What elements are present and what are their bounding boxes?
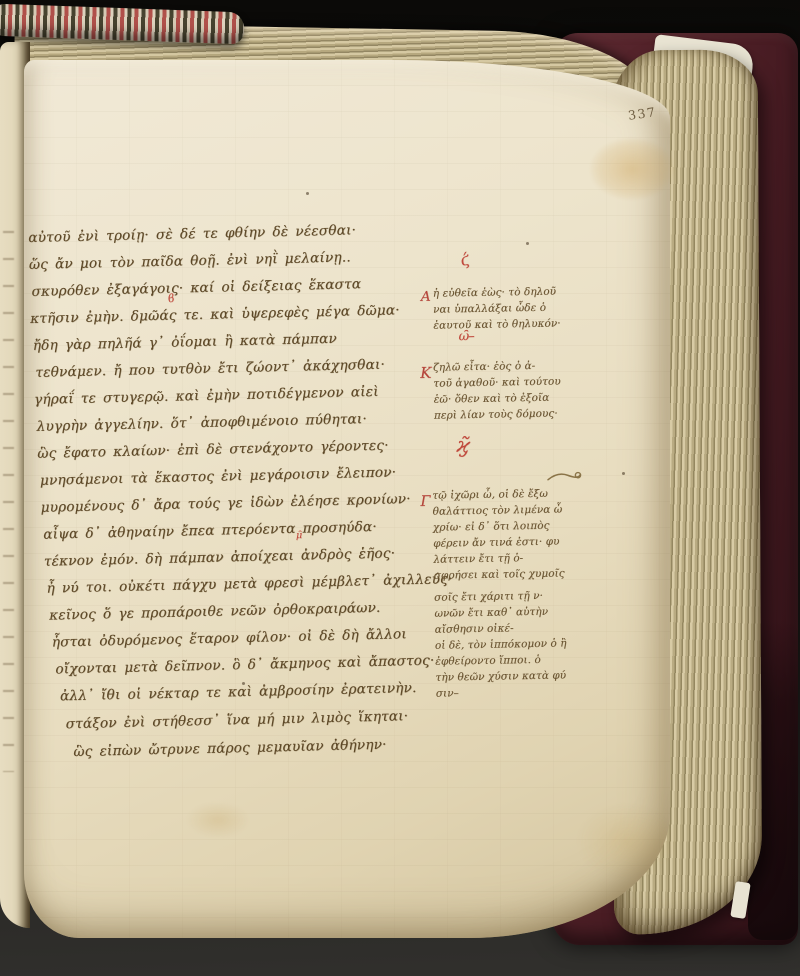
verse-line: τεθνάμεν. ἤ που τυτθὸν ἔτι ζώοντ᾽ ἀκάχησ…: [35, 359, 385, 381]
stigma-sign-icon: ϛ́: [458, 249, 472, 270]
verse-line: οἴχονται μετὰ δεῖπνον. ὃ δ᾽ ἄκμηνος καὶ …: [55, 655, 434, 678]
scholion-line: περὶ λίαν τοὺς δόμους·: [434, 406, 562, 424]
scholion-line: οἱ δὲ, τὸν ἱππόκομον ὁ ἢ: [435, 635, 567, 653]
verse-line: μυρομένους δ᾽ ἄρα τούς γε ἰδὼν ἐλέησε κρ…: [40, 493, 410, 515]
scholion-line: τὴν θεῶν χύσιν κατὰ φύ: [435, 667, 567, 685]
verse-line: ὣς ἔφατο κλαίων· ἐπὶ δὲ στενάχοντο γέρον…: [37, 440, 389, 462]
folio-number: 337: [627, 104, 657, 123]
omega-abbrev-sign-icon: ω̑–: [458, 329, 473, 344]
scholion-line: φέρειν ἄν τινά ἐστι· φυ: [433, 534, 565, 552]
scholion-block: ἡ εὐθεῖα ἑὼς· τὸ δηλοῦ ναι ὑπαλλάξαι ὧδε…: [433, 283, 561, 333]
ink-speck: [306, 192, 309, 195]
scholion-initial: Γ: [420, 494, 430, 510]
verse-line: λυγρὴν ἀγγελίην. ὅτ᾽ ἀποφθιμένοιο πύθητα…: [37, 413, 368, 434]
verse-line: σκυρόθεν ἐξαγάγοις· καί οἱ δείξειας ἕκασ…: [31, 278, 361, 299]
scholion-line: σιν–: [436, 684, 568, 702]
verse-line: ἀλλ᾽ ἴθι οἱ νέκταρ τε καὶ ἀμβροσίην ἐρατ…: [60, 682, 417, 704]
manuscript-page: 337 αὐτοῦ ἐνὶ τροίῃ· σὲ δέ τε φθίην δὲ ν…: [24, 60, 670, 938]
kai-abbrev-sign-icon: ϗ̃: [455, 433, 470, 458]
parchment-stain: [186, 802, 250, 838]
scholion-line: σφρήσει καὶ τοῖς χυμοῖς: [434, 566, 566, 584]
verse-line: κεῖνος ὅ γε προπάροιθε νεῶν ὀρθοκραιράων…: [49, 602, 381, 623]
facing-page-text-fragments: [3, 212, 14, 772]
scholion-line: ωνῶν ἔτι καθ᾽ αὑτὴν: [434, 603, 566, 621]
verse-line: γήραΐ τε στυγερῷ. καὶ ἐμὴν ποτιδέγμενον …: [34, 386, 379, 408]
verse-line: μνησάμενοι τὰ ἕκαστος ἐνὶ μεγάροισιν ἔλε…: [40, 466, 397, 488]
scholion-block: ζηλῶ εἶτα· ἑὸς ὁ ἀ- τοῦ ἀγαθοῦ· καὶ τούτ…: [433, 357, 561, 424]
parchment-stain: [590, 138, 674, 200]
verse-line: ἦ νύ τοι. οὐκέτι πάγχυ μετὰ φρεσὶ μέμβλε…: [46, 573, 452, 596]
verse-line: κτῆσιν ἐμὴν. δμῶάς τε. καὶ ὑψερεφὲς μέγα…: [30, 304, 400, 326]
verse-line: αἶψα δ᾽ ἀθηναίην ἔπεα πτερόεντα προσηύδα…: [43, 521, 377, 542]
verse-line: στάξον ἐνὶ στήθεσσ᾽ ἵνα μή μιν λιμὸς ἵκη…: [66, 710, 409, 732]
scholion-block: τῷ ἰχῶρι ὦ, οἱ δὲ ἔξω θαλάττιος τὸν λιμέ…: [432, 485, 567, 701]
scholion-initial: Α: [421, 289, 431, 305]
verse-line: ἧσται ὀδυρόμενος ἕταρον φίλον· οἱ δὲ δὴ …: [52, 628, 407, 650]
verse-line: αὐτοῦ ἐνὶ τροίῃ· σὲ δέ τε φθίην δὲ νέεσθ…: [28, 224, 356, 245]
verse-line: ὥς ἄν μοι τὸν παῖδα θοῇ. ἐνὶ νηῒ μελαίνῃ…: [29, 251, 351, 272]
scholion-initial: Κ: [420, 364, 432, 382]
verse-line: τέκνον ἐμόν. δὴ πάμπαν ἀποίχεαι ἀνδρὸς ἑ…: [44, 547, 396, 569]
ink-speck: [526, 242, 529, 245]
verse-line: ἤδη γὰρ πηλῆά γ᾽ ὀΐομαι ἢ κατὰ πάμπαν: [33, 333, 337, 354]
mu-abbrev-sign-icon: μ̑: [296, 530, 302, 541]
verse-line: ὣς εἰπὼν ὤτρυνε πάρος μεμαυῖαν ἀθήνην·: [73, 739, 387, 760]
ink-speck: [622, 472, 625, 475]
paragraphos-mark-icon: [546, 469, 586, 484]
scholion-line: ἑαυτοῦ καὶ τὸ θηλυκόν·: [433, 316, 561, 334]
